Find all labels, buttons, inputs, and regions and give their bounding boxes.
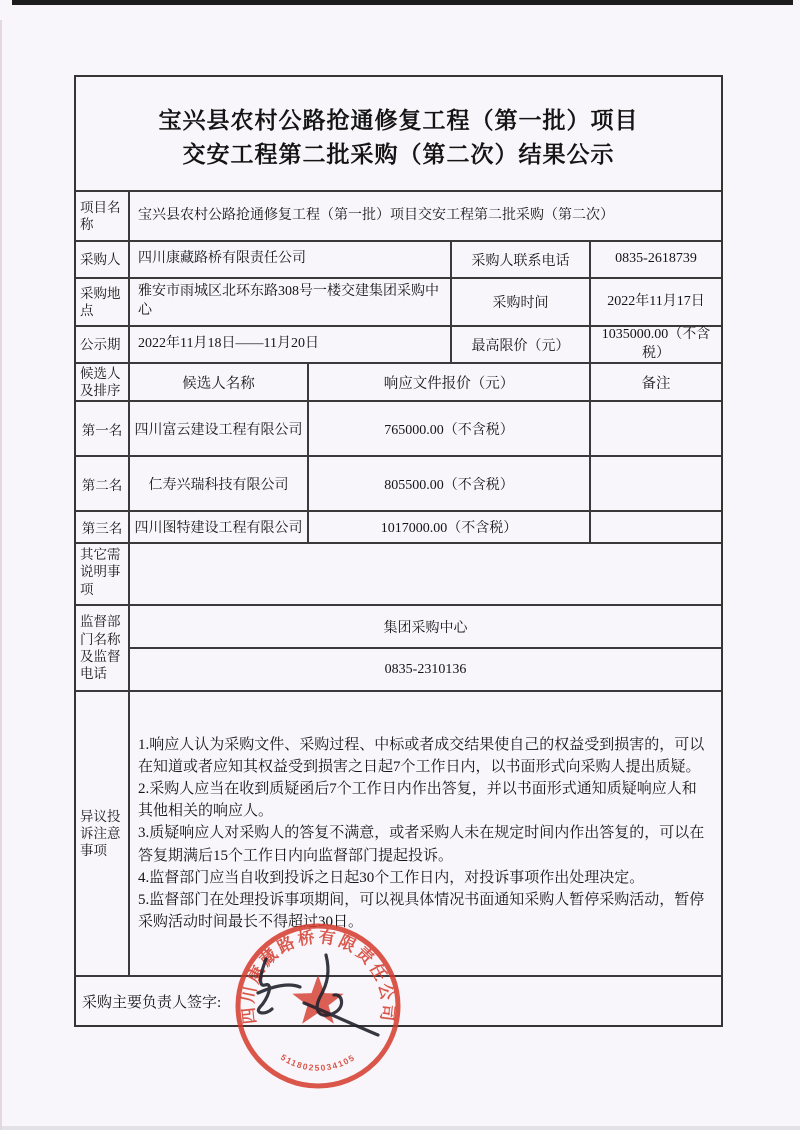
- candidate-3-name: 四川图特建设工程有限公司: [128, 512, 307, 542]
- purchaser-row: 采购人 四川康藏路桥有限责任公司 采购人联系电话 0835-2618739: [76, 240, 721, 277]
- objection-label: 异议投诉注意事项: [76, 692, 128, 975]
- candidate-3-price: 1017000.00（不含税）: [307, 512, 589, 542]
- candidate-2-name: 仁寿兴瑞科技有限公司: [128, 457, 307, 510]
- project-name-value: 宝兴县农村公路抢通修复工程（第一批）项目交安工程第二批采购（第二次）: [128, 192, 721, 240]
- document-title: 宝兴县农村公路抢通修复工程（第一批）项目 交安工程第二批采购（第二次）结果公示: [76, 77, 721, 190]
- candidate-3-rank: 第三名: [76, 512, 128, 542]
- announcement-table: 宝兴县农村公路抢通修复工程（第一批）项目 交安工程第二批采购（第二次）结果公示 …: [74, 75, 723, 1027]
- candidate-1-price: 765000.00（不含税）: [307, 402, 589, 455]
- location-label: 采购地点: [76, 279, 128, 325]
- max-price-label: 最高限价（元）: [450, 327, 589, 362]
- title-line-1: 宝兴县农村公路抢通修复工程（第一批）项目: [159, 104, 639, 138]
- purchase-time-label: 采购时间: [450, 279, 589, 325]
- title-line-2: 交安工程第二批采购（第二次）结果公示: [183, 138, 615, 172]
- objection-text: 1.响应人认为采购文件、采购过程、中标或者成交结果使自己的权益受到损害的，可以在…: [138, 734, 711, 934]
- other-notes-value: [128, 544, 721, 604]
- candidate-1-name: 四川富云建设工程有限公司: [128, 402, 307, 455]
- scan-edge-bottom: [0, 1126, 800, 1130]
- location-row: 采购地点 雅安市雨城区北环东路308号一楼交建集团采购中心 采购时间 2022年…: [76, 277, 721, 325]
- location-value: 雅安市雨城区北环东路308号一楼交建集团采购中心: [128, 279, 450, 325]
- purchaser-label: 采购人: [76, 242, 128, 277]
- other-notes-label: 其它需说明事项: [76, 544, 128, 604]
- publicity-label: 公示期: [76, 327, 128, 362]
- candidate-remark-header: 备注: [589, 364, 721, 400]
- publicity-value: 2022年11月18日——11月20日: [128, 327, 450, 362]
- purchaser-phone-label: 采购人联系电话: [450, 242, 589, 277]
- candidate-row-1: 第一名 四川富云建设工程有限公司 765000.00（不含税）: [76, 400, 721, 455]
- candidate-1-rank: 第一名: [76, 402, 128, 455]
- project-name-row: 项目名称 宝兴县农村公路抢通修复工程（第一批）项目交安工程第二批采购（第二次）: [76, 190, 721, 240]
- purchaser-value: 四川康藏路桥有限责任公司: [128, 242, 450, 277]
- candidate-row-2: 第二名 仁寿兴瑞科技有限公司 805500.00（不含税）: [76, 455, 721, 510]
- purchaser-phone-value: 0835-2618739: [589, 242, 721, 277]
- objection-item-2: 2.采购人应当在收到质疑函后7个工作日内作出答复，并以书面形式通知质疑响应人和其…: [138, 778, 711, 822]
- candidate-name-header: 候选人名称: [128, 364, 307, 400]
- supervision-label: 监督部门名称及监督电话: [76, 606, 128, 690]
- supervision-values: 集团采购中心 0835-2310136: [128, 606, 721, 690]
- objection-item-4: 4.监督部门应当自收到投诉之日起30个工作日内，对投诉事项作出处理决定。: [138, 867, 711, 889]
- scanned-document-page: 宝兴县农村公路抢通修复工程（第一批）项目 交安工程第二批采购（第二次）结果公示 …: [0, 0, 800, 1130]
- objection-item-1: 1.响应人认为采购文件、采购过程、中标或者成交结果使自己的权益受到损害的，可以在…: [138, 734, 711, 778]
- project-name-label: 项目名称: [76, 192, 128, 240]
- candidate-2-price: 805500.00（不含税）: [307, 457, 589, 510]
- other-notes-row: 其它需说明事项: [76, 542, 721, 604]
- objection-item-5: 5.监督部门在处理投诉事项期间，可以视具体情况书面通知采购人暂停采购活动，暂停采…: [138, 889, 711, 933]
- supervision-row: 监督部门名称及监督电话 集团采购中心 0835-2310136: [76, 604, 721, 690]
- scan-edge-left: [0, 20, 2, 1130]
- candidates-header-row: 候选人及排序 候选人名称 响应文件报价（元） 备注: [76, 362, 721, 400]
- scan-edge-top: [12, 0, 793, 5]
- candidate-3-remark: [589, 512, 721, 542]
- candidate-2-remark: [589, 457, 721, 510]
- objection-item-3: 3.质疑响应人对采购人的答复不满意，或者采购人未在规定时间内作出答复的，可以在答…: [138, 822, 711, 866]
- candidate-2-rank: 第二名: [76, 457, 128, 510]
- signature-label: 采购主要负责人签字:: [76, 977, 221, 1025]
- objection-content: 1.响应人认为采购文件、采购过程、中标或者成交结果使自己的权益受到损害的，可以在…: [128, 692, 721, 975]
- candidate-price-header: 响应文件报价（元）: [307, 364, 589, 400]
- max-price-value: 1035000.00（不含税）: [589, 327, 721, 362]
- purchase-time-value: 2022年11月17日: [589, 279, 721, 325]
- supervision-phone: 0835-2310136: [130, 647, 721, 690]
- candidate-row-3: 第三名 四川图特建设工程有限公司 1017000.00（不含税）: [76, 510, 721, 542]
- candidate-1-remark: [589, 402, 721, 455]
- handwritten-signature: [228, 945, 408, 1045]
- publicity-row: 公示期 2022年11月18日——11月20日 最高限价（元） 1035000.…: [76, 325, 721, 362]
- candidates-label: 候选人及排序: [76, 364, 128, 400]
- seal-number-text: 5118025034105: [279, 1052, 357, 1073]
- supervision-dept: 集团采购中心: [130, 606, 721, 647]
